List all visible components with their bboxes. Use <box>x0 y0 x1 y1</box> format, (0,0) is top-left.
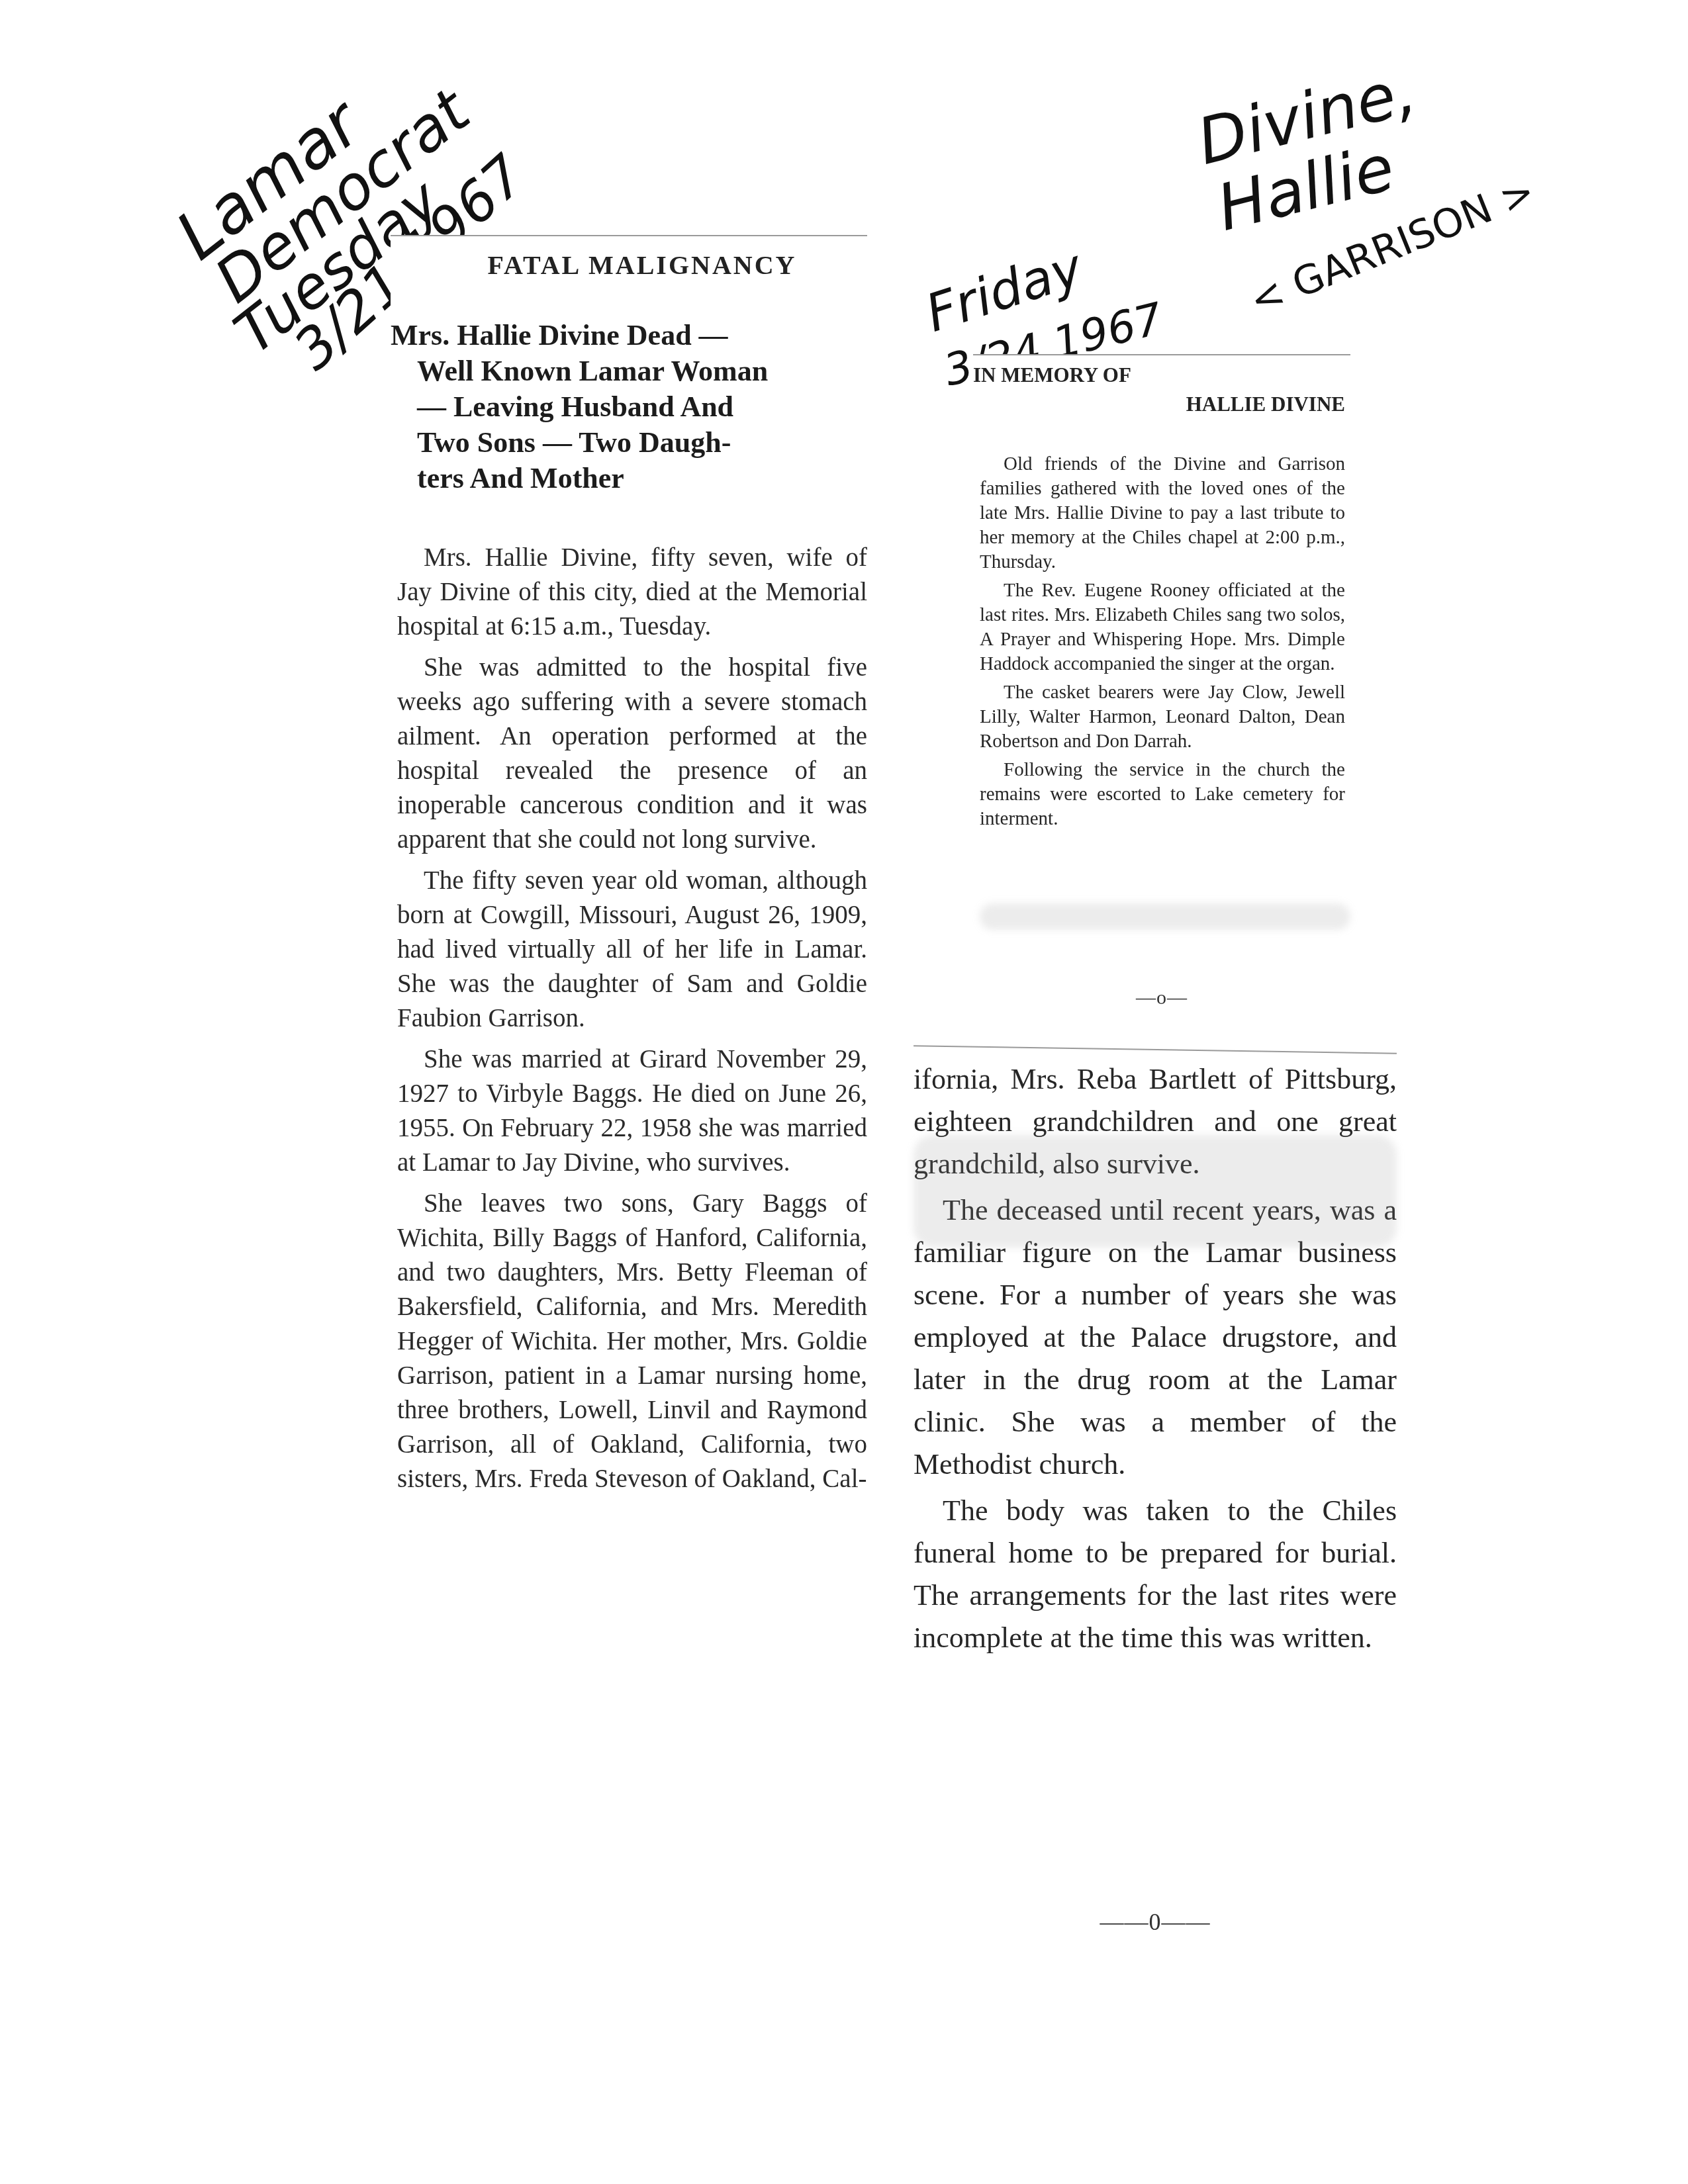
memorial-paragraph: The Rev. Eugene Rooney officiated at the… <box>980 578 1345 676</box>
memorial-heading-line2: HALLIE DIVINE <box>973 390 1350 419</box>
memorial-clipping: IN MEMORY OF HALLIE DIVINE Old friends o… <box>973 354 1350 1009</box>
obituary-paragraph: She was admitted to the hospital five we… <box>397 651 867 857</box>
obituary-end-mark: ——0—— <box>914 1908 1397 1936</box>
obituary-paragraph: She leaves two sons, Gary Baggs of Wichi… <box>397 1187 867 1496</box>
memorial-paragraph: Following the service in the church the … <box>980 758 1345 831</box>
memorial-heading: IN MEMORY OF HALLIE DIVINE <box>973 361 1350 419</box>
obituary-body: Mrs. Hallie Divine, fifty seven, wife of… <box>397 541 867 1503</box>
print-smudge <box>914 1135 1397 1248</box>
print-smudge <box>980 903 1350 930</box>
memorial-paragraph: Old friends of the Divine and Garrison f… <box>980 452 1345 574</box>
continuation-top-rule <box>914 1045 1397 1054</box>
deck-line: ters And Mother <box>391 461 867 496</box>
clipping-top-rule <box>391 235 867 236</box>
deck-line: — Leaving Husband And <box>391 389 867 425</box>
memorial-paragraph: The casket bearers were Jay Clow, Jewell… <box>980 680 1345 754</box>
memorial-top-rule <box>973 354 1350 355</box>
obituary-paragraph: The fifty seven year old woman, although… <box>397 864 867 1036</box>
obituary-deck-headline: Mrs. Hallie Divine Dead — Well Known Lam… <box>391 318 867 496</box>
deck-line: Mrs. Hallie Divine Dead — <box>391 318 867 353</box>
obituary-clipping: FATAL MALIGNANCY Mrs. Hallie Divine Dead… <box>391 235 867 1929</box>
obituary-paragraph: She was married at Girard November 29, 1… <box>397 1042 867 1180</box>
deck-line: Well Known Lamar Woman <box>391 353 867 389</box>
obituary-paragraph: Mrs. Hallie Divine, fifty seven, wife of… <box>397 541 867 644</box>
memorial-body: Old friends of the Divine and Garrison f… <box>980 452 1345 835</box>
deck-line: Two Sons — Two Daugh- <box>391 425 867 461</box>
memorial-end-mark: —o— <box>973 987 1350 1009</box>
continuation-paragraph: The body was taken to the Chiles funeral… <box>914 1490 1397 1659</box>
obituary-continuation-clipping: ifornia, Mrs. Reba Bartlett of Pittsburg… <box>914 1049 1397 1936</box>
memorial-heading-line1: IN MEMORY OF <box>973 361 1350 390</box>
obituary-kicker-headline: FATAL MALIGNANCY <box>417 250 867 281</box>
